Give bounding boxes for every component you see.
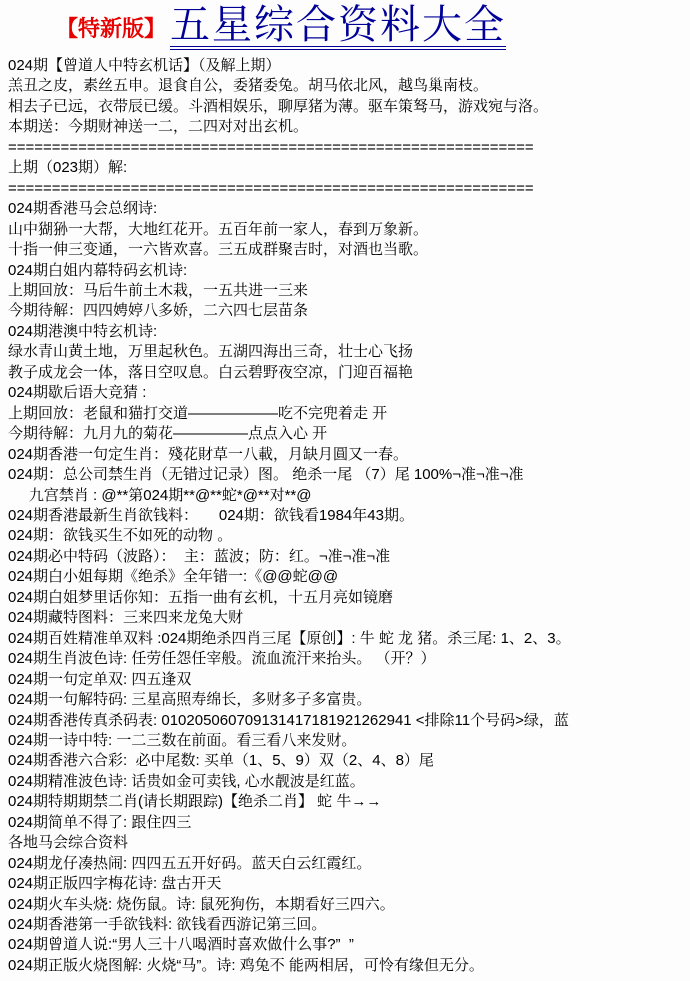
text-line: 024期百姓精准单双料 :024期绝杀四肖三尾【原创】: 牛 蛇 龙 猪。杀三尾… — [8, 629, 686, 649]
text-line: 上期回放：马后牛前土木栽，一五共进一三来 — [8, 281, 686, 301]
text-line: 024期一句解特码: 三星高照寿绵长，多财多子多富贵。 — [8, 690, 686, 710]
text-line: 教子成龙会一体，落日空叹息。白云碧野夜空凉，门迎百福艳 — [8, 363, 686, 383]
text-line: 024期香港第一手欲钱料: 欲钱看西游记第三回。 — [8, 915, 686, 935]
text-line: ========================================… — [8, 138, 686, 158]
lottery-info-page: 【特新版】 五星综合资料大全 024期【曾道人中特玄机话】（及解上期）羔丑之皮，… — [0, 0, 690, 981]
text-line: 024期【曾道人中特玄机话】（及解上期） — [8, 56, 686, 76]
text-line: 各地马会综合资料 — [8, 833, 686, 853]
text-line: 024期藏特图料：三来四来龙兔大财 — [8, 608, 686, 628]
text-line: 绿水青山黄土地，万里起秋色。五湖四海出三奇，壮士心飞扬 — [8, 342, 686, 362]
page-header: 【特新版】 五星综合资料大全 — [0, 0, 690, 52]
text-line: 024期香港传真杀码表: 010205060709131417181921262… — [8, 711, 686, 731]
text-line: 九宫禁肖 : @**第024期**@**蛇*@**对**@ — [8, 486, 686, 506]
text-line: 024期曾道人说:“男人三十八喝酒时喜欢做什么事?” ” — [8, 935, 686, 955]
text-line: 上期回放：老鼠和猫打交道——————吃不完兜着走 开 — [8, 404, 686, 424]
text-line: 山中猢狲一大帮，大地红花开。五百年前一家人，春到万象新。 — [8, 220, 686, 240]
text-line: 024期一诗中特: 一二三数在前面。看三看八来发财。 — [8, 731, 686, 751]
text-line: ========================================… — [8, 179, 686, 199]
text-line: 024期火车头烧: 烧伤鼠。诗: 鼠死狗伤，本期看好三四六。 — [8, 895, 686, 915]
text-line: 024期正版火烧图解: 火烧“马”。诗: 鸡兔不 能两相居，可怜有缘但无分。 — [8, 956, 686, 976]
text-line: 024期特期期禁二肖(请长期跟踪)【绝杀二肖】 蛇 牛→→ — [8, 792, 686, 812]
text-line: 024期龙仔凑热闹: 四四五五开好码。蓝天白云红霞红。 — [8, 854, 686, 874]
text-line: 024期一句定单双: 四五逢双 — [8, 670, 686, 690]
text-line: 024期香港最新生肖欲钱料： 024期：欲钱看1984年43期。 — [8, 506, 686, 526]
text-line: 相去子已远，衣带辰已缓。斗酒相娱乐，聊厚猪为薄。驱车策驽马，游戏宛与洛。 — [8, 97, 686, 117]
text-line: 024期生肖波色诗: 任劳任怨任宰般。流血流汗来抬头。 （开？） — [8, 649, 686, 669]
text-line: 024期正版四字梅花诗: 盘古开天 — [8, 874, 686, 894]
text-line: 024期歇后语大竞猜 : — [8, 383, 686, 403]
text-line: 十指一伸三变通，一六皆欢喜。三五成群聚吉时，对酒也当歌。 — [8, 240, 686, 260]
text-line: 024期简单不得了: 跟住四三 — [8, 813, 686, 833]
text-line: 024期白小姐每期《绝杀》全年错一:《@@蛇@@ — [8, 567, 686, 587]
text-line: 024期香港六合彩: 必中尾数: 买单（1、5、9）双（2、4、8）尾 — [8, 751, 686, 771]
edition-tag: 【特新版】 — [56, 12, 166, 50]
text-line: 024期精准波色诗: 话贵如金可卖钱, 心水靓波是红蓝。 — [8, 772, 686, 792]
text-line: 024期必中特码（波路）： 主：蓝波；防：红。¬准¬准¬准 — [8, 547, 686, 567]
text-line: 024期香港马会总纲诗: — [8, 199, 686, 219]
text-line: 今期待解：四四娉婷八多娇，二六四七层苗条 — [8, 301, 686, 321]
text-line: 024期白姐梦里话你知：五指一曲有玄机，十五月亮如镜磨 — [8, 588, 686, 608]
text-line: 024期：总公司禁生肖（无错过记录）图。 绝杀一尾 （7）尾 100%¬准¬准¬… — [8, 465, 686, 485]
text-line: 024期：欲钱买生不如死的动物 。 — [8, 526, 686, 546]
info-lines-container: 024期【曾道人中特玄机话】（及解上期）羔丑之皮，素丝五申。退食自公，委猪委兔。… — [0, 52, 690, 976]
text-line: 024期港澳中特玄机诗: — [8, 322, 686, 342]
text-line: 本期送：今期财神送一二，二四对对出玄机。 — [8, 117, 686, 137]
text-line: 今期待解：九月九的菊花—————点点入心 开 — [8, 424, 686, 444]
text-line: 上期（023期）解: — [8, 158, 686, 178]
text-line: 024期香港一句定生肖：殘花財草一八載，月缺月圓又一春。 — [8, 445, 686, 465]
text-line: 羔丑之皮，素丝五申。退食自公，委猪委兔。胡马依北风，越鸟巢南枝。 — [8, 76, 686, 96]
text-line: 024期白姐内幕特码玄机诗: — [8, 261, 686, 281]
page-title: 五星综合资料大全 — [170, 5, 506, 50]
